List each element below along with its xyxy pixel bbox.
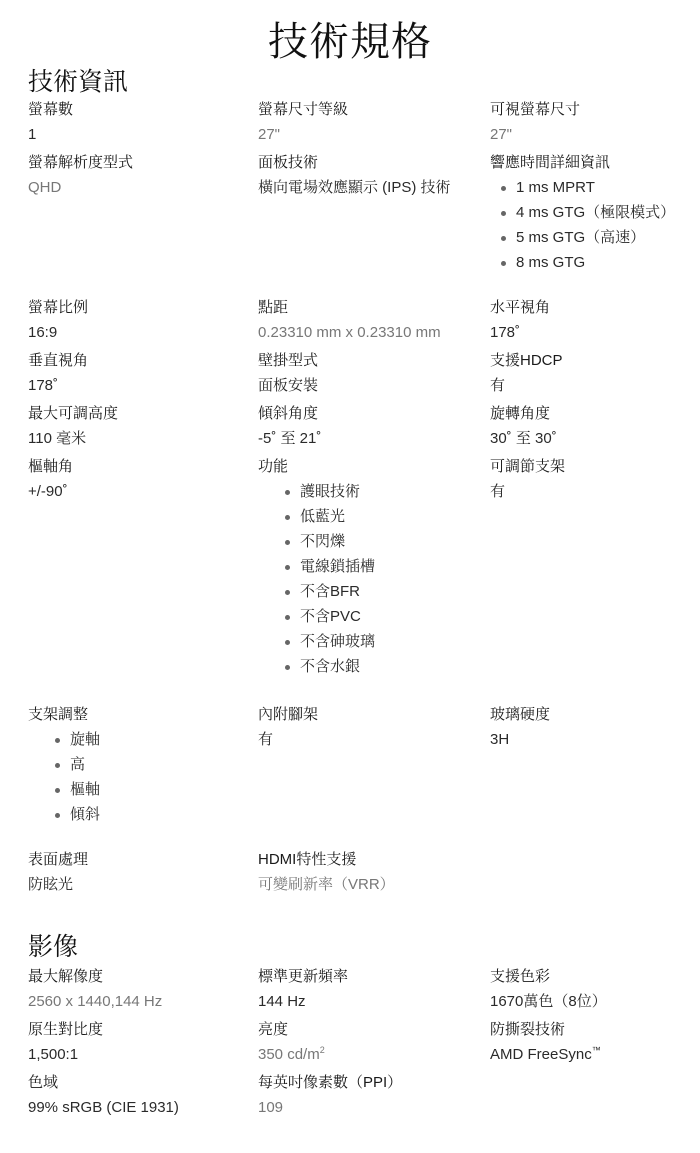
- spec-value: 面板安裝: [258, 373, 483, 398]
- spec-value: 可變刷新率（VRR）: [258, 872, 483, 897]
- spec-value: 16:9: [28, 320, 253, 345]
- spec-aspect-ratio: 螢幕比例 16:9: [28, 296, 253, 345]
- spec-value: 0.23310 mm x 0.23310 mm: [258, 320, 483, 345]
- spec-value: +/-90˚: [28, 479, 253, 504]
- spec-hdcp-support: 支援HDCP 有: [490, 349, 700, 398]
- spec-stand-included: 內附腳架 有: [258, 703, 483, 752]
- spec-pixel-pitch: 點距 0.23310 mm x 0.23310 mm: [258, 296, 483, 345]
- spec-value: 有: [258, 727, 483, 752]
- spec-label: 螢幕尺寸等級: [258, 98, 483, 122]
- spec-viewable-size: 可視螢幕尺寸 27": [490, 98, 700, 147]
- spec-label: 玻璃硬度: [490, 703, 700, 727]
- stand-adjustment-list: 旋軸 高 樞軸 傾斜: [28, 727, 253, 827]
- spec-label: 最大可調高度: [28, 402, 253, 426]
- spec-value: 2560 x 1440,144 Hz: [28, 989, 253, 1014]
- spec-screen-count: 螢幕數 1: [28, 98, 253, 147]
- spec-label: 壁掛型式: [258, 349, 483, 373]
- spec-panel-tech: 面板技術 橫向電場效應顯示 (IPS) 技術: [258, 151, 483, 200]
- spec-contrast-ratio: 原生對比度 1,500:1: [28, 1018, 253, 1067]
- spec-value: 防眩光: [28, 872, 253, 897]
- spec-value: 178˚: [490, 320, 700, 345]
- spec-label: 最大解像度: [28, 965, 253, 989]
- spec-label: 支架調整: [28, 703, 253, 727]
- list-item: 不含BFR: [300, 579, 483, 604]
- spec-value: 178˚: [28, 373, 253, 398]
- spec-label: 可視螢幕尺寸: [490, 98, 700, 122]
- spec-value: 27": [490, 122, 700, 147]
- list-item: 旋軸: [70, 727, 253, 752]
- spec-label: 每英吋像素數（PPI）: [258, 1071, 483, 1095]
- spec-tilt-angle: 傾斜角度 -5˚ 至 21˚: [258, 402, 483, 451]
- spec-label: 水平視角: [490, 296, 700, 320]
- list-item: 1 ms MPRT: [516, 175, 700, 200]
- spec-vertical-viewing-angle: 垂直視角 178˚: [28, 349, 253, 398]
- trademark-symbol: ™: [592, 1045, 601, 1055]
- spec-hdmi-features: HDMI特性支援 可變刷新率（VRR）: [258, 848, 483, 897]
- spec-label: HDMI特性支援: [258, 848, 483, 872]
- list-item: 不含PVC: [300, 604, 483, 629]
- list-item: 傾斜: [70, 802, 253, 827]
- section-title-image: 影像: [28, 927, 78, 963]
- spec-features: 功能 護眼技術 低藍光 不閃爍 電線鎖插槽 不含BFR 不含PVC 不含砷玻璃 …: [258, 455, 483, 679]
- list-item: 低藍光: [300, 504, 483, 529]
- spec-horizontal-viewing-angle: 水平視角 178˚: [490, 296, 700, 345]
- spec-value: 有: [490, 479, 700, 504]
- spec-label: 支援HDCP: [490, 349, 700, 373]
- spec-value: 1: [28, 122, 253, 147]
- spec-value: 有: [490, 373, 700, 398]
- spec-ppi: 每英吋像素數（PPI） 109: [258, 1071, 483, 1120]
- spec-value: 橫向電場效應顯示 (IPS) 技術: [258, 175, 483, 200]
- spec-label: 螢幕比例: [28, 296, 253, 320]
- page-title: 技術規格: [0, 10, 700, 67]
- response-time-list: 1 ms MPRT 4 ms GTG（極限模式） 5 ms GTG（高速） 8 …: [490, 175, 700, 275]
- spec-label: 可調節支架: [490, 455, 700, 479]
- spec-color-gamut: 色域 99% sRGB (CIE 1931): [28, 1071, 253, 1120]
- list-item: 4 ms GTG（極限模式）: [516, 200, 700, 225]
- spec-label: 垂直視角: [28, 349, 253, 373]
- spec-label: 表面處理: [28, 848, 253, 872]
- spec-resolution-type: 螢幕解析度型式 QHD: [28, 151, 253, 200]
- spec-label: 內附腳架: [258, 703, 483, 727]
- list-item: 8 ms GTG: [516, 250, 700, 275]
- spec-value: 1,500:1: [28, 1042, 253, 1067]
- spec-screen-size-class: 螢幕尺寸等級 27": [258, 98, 483, 147]
- spec-value: 109: [258, 1095, 483, 1120]
- spec-value: 27": [258, 122, 483, 147]
- spec-label: 亮度: [258, 1018, 483, 1042]
- spec-label: 螢幕解析度型式: [28, 151, 253, 175]
- spec-label: 傾斜角度: [258, 402, 483, 426]
- list-item: 5 ms GTG（高速）: [516, 225, 700, 250]
- spec-value: 30˚ 至 30˚: [490, 426, 700, 451]
- spec-adjustable-stand: 可調節支架 有: [490, 455, 700, 504]
- spec-anti-tearing: 防撕裂技術 AMD FreeSync™: [490, 1018, 700, 1067]
- spec-value: 3H: [490, 727, 700, 752]
- spec-color-support: 支援色彩 1670萬色（8位）: [490, 965, 700, 1014]
- spec-pivot-angle: 樞軸角 +/-90˚: [28, 455, 253, 504]
- spec-max-height-adjust: 最大可調高度 110 毫米: [28, 402, 253, 451]
- features-list: 護眼技術 低藍光 不閃爍 電線鎖插槽 不含BFR 不含PVC 不含砷玻璃 不含水…: [258, 479, 483, 679]
- spec-label: 標準更新頻率: [258, 965, 483, 989]
- spec-surface-treatment: 表面處理 防眩光: [28, 848, 253, 897]
- spec-label: 防撕裂技術: [490, 1018, 700, 1042]
- list-item: 護眼技術: [300, 479, 483, 504]
- list-item: 不閃爍: [300, 529, 483, 554]
- spec-glass-hardness: 玻璃硬度 3H: [490, 703, 700, 752]
- spec-value: 110 毫米: [28, 426, 253, 451]
- spec-refresh-rate: 標準更新頻率 144 Hz: [258, 965, 483, 1014]
- spec-value: 144 Hz: [258, 989, 483, 1014]
- list-item: 電線鎖插槽: [300, 554, 483, 579]
- section-title-tech-info: 技術資訊: [28, 62, 128, 98]
- superscript: 2: [320, 1045, 325, 1055]
- spec-label: 響應時間詳細資訊: [490, 151, 700, 175]
- spec-wall-mount: 壁掛型式 面板安裝: [258, 349, 483, 398]
- spec-label: 色域: [28, 1071, 253, 1095]
- spec-label: 螢幕數: [28, 98, 253, 122]
- spec-label: 原生對比度: [28, 1018, 253, 1042]
- list-item: 高: [70, 752, 253, 777]
- spec-label: 旋轉角度: [490, 402, 700, 426]
- spec-brightness: 亮度 350 cd/m2: [258, 1018, 483, 1067]
- spec-label: 樞軸角: [28, 455, 253, 479]
- spec-label: 面板技術: [258, 151, 483, 175]
- spec-max-resolution: 最大解像度 2560 x 1440,144 Hz: [28, 965, 253, 1014]
- list-item: 不含水銀: [300, 654, 483, 679]
- freesync-value: AMD FreeSync: [490, 1046, 592, 1063]
- spec-value: AMD FreeSync™: [490, 1042, 700, 1067]
- spec-swivel-angle: 旋轉角度 30˚ 至 30˚: [490, 402, 700, 451]
- spec-value: 1670萬色（8位）: [490, 989, 700, 1014]
- spec-label: 點距: [258, 296, 483, 320]
- spec-value: 350 cd/m2: [258, 1042, 483, 1067]
- spec-value: -5˚ 至 21˚: [258, 426, 483, 451]
- spec-value: 99% sRGB (CIE 1931): [28, 1095, 253, 1120]
- list-item: 樞軸: [70, 777, 253, 802]
- spec-value: QHD: [28, 175, 253, 200]
- spec-response-time: 響應時間詳細資訊 1 ms MPRT 4 ms GTG（極限模式） 5 ms G…: [490, 151, 700, 275]
- spec-stand-adjustment: 支架調整 旋軸 高 樞軸 傾斜: [28, 703, 253, 827]
- list-item: 不含砷玻璃: [300, 629, 483, 654]
- brightness-value: 350 cd/m: [258, 1046, 320, 1063]
- spec-label: 支援色彩: [490, 965, 700, 989]
- spec-label: 功能: [258, 455, 483, 479]
